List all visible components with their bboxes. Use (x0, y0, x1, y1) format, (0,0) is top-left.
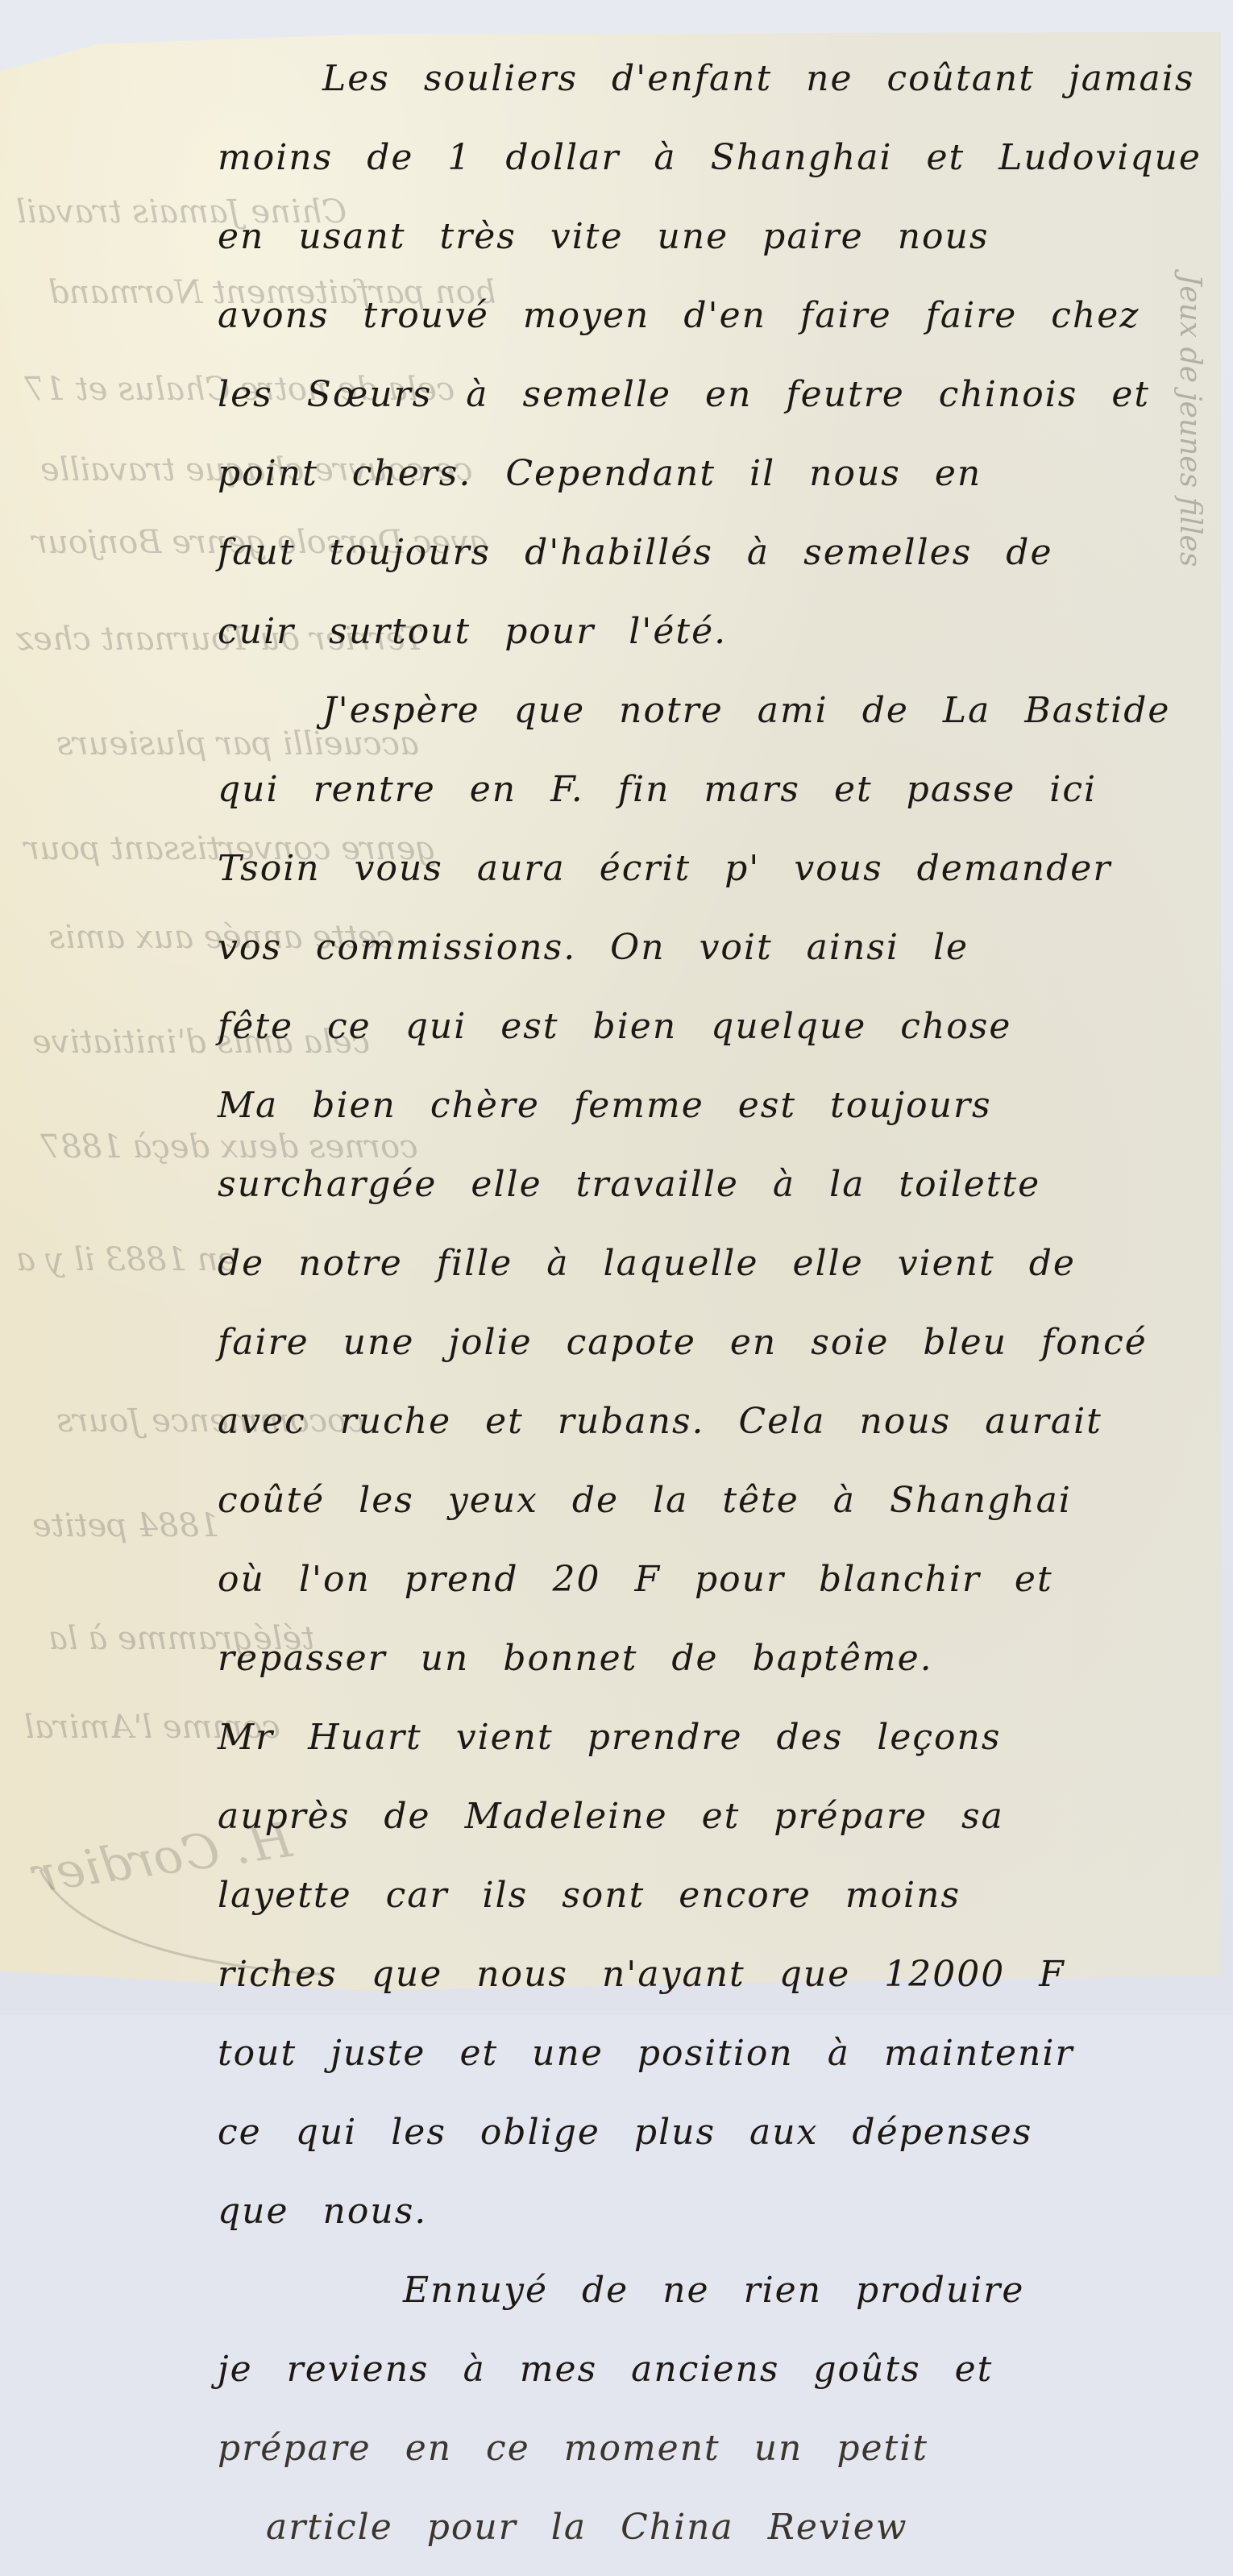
bleed-through-text: en 1883 il y a (16, 1241, 237, 1278)
letter-line: faut toujours d'habillés à semelles de (218, 522, 1201, 584)
letter-line: moins de 1 dollar à Shanghai et Ludoviqu… (218, 127, 1201, 189)
letter-line: layette car ils sont encore moins (218, 1865, 1201, 1926)
letter-line: repasser un bonnet de baptême. (218, 1628, 1201, 1689)
letter-line: avec ruche et rubans. Cela nous aurait (218, 1391, 1201, 1452)
letter-line: qui rentre en F. fin mars et passe ici (218, 759, 1201, 821)
letter-line: en usant très vite une paire nous (218, 206, 1201, 268)
letter-line: surchargée elle travaille à la toilette (218, 1154, 1201, 1215)
letter-line: auprès de Madeleine et prépare sa (218, 1786, 1201, 1847)
letter-line: point chers. Cependant il nous en (218, 443, 1201, 505)
letter-line: Mr Huart vient prendre des leçons (218, 1707, 1201, 1768)
letter-line: coûté les yeux de la tête à Shanghai (218, 1470, 1201, 1531)
letter-line: faire une jolie capote en soie bleu fonc… (218, 1312, 1201, 1373)
letter-body: Les souliers d'enfant ne coûtant jamais … (218, 48, 1201, 2015)
bleed-through-text: 1884 petite (32, 1507, 219, 1544)
letter-line: cuir surtout pour l'été. (218, 601, 1201, 663)
letter-line: vos commissions. On voit ainsi le (218, 917, 1201, 978)
letter-line: riches que nous n'ayant que 12000 F (218, 1944, 1201, 2005)
letter-line: Tsoin vous aura écrit p' vous demander (218, 838, 1201, 900)
letter-line: fête ce qui est bien quelque chose (218, 996, 1201, 1057)
letter-line: où l'on prend 20 F pour blanchir et (218, 1549, 1201, 1610)
letter-line: de notre fille à laquelle elle vient de (218, 1233, 1201, 1294)
letter-line: Ma bien chère femme est toujours (218, 1075, 1201, 1136)
letter-line: J'espère que notre ami de La Bastide (218, 680, 1201, 742)
letter-line: les Sœurs à semelle en feutre chinois et (218, 364, 1201, 426)
letter-line: Les souliers d'enfant ne coûtant jamais (218, 48, 1201, 110)
letter-line: avons trouvé moyen d'en faire faire chez (218, 285, 1201, 347)
